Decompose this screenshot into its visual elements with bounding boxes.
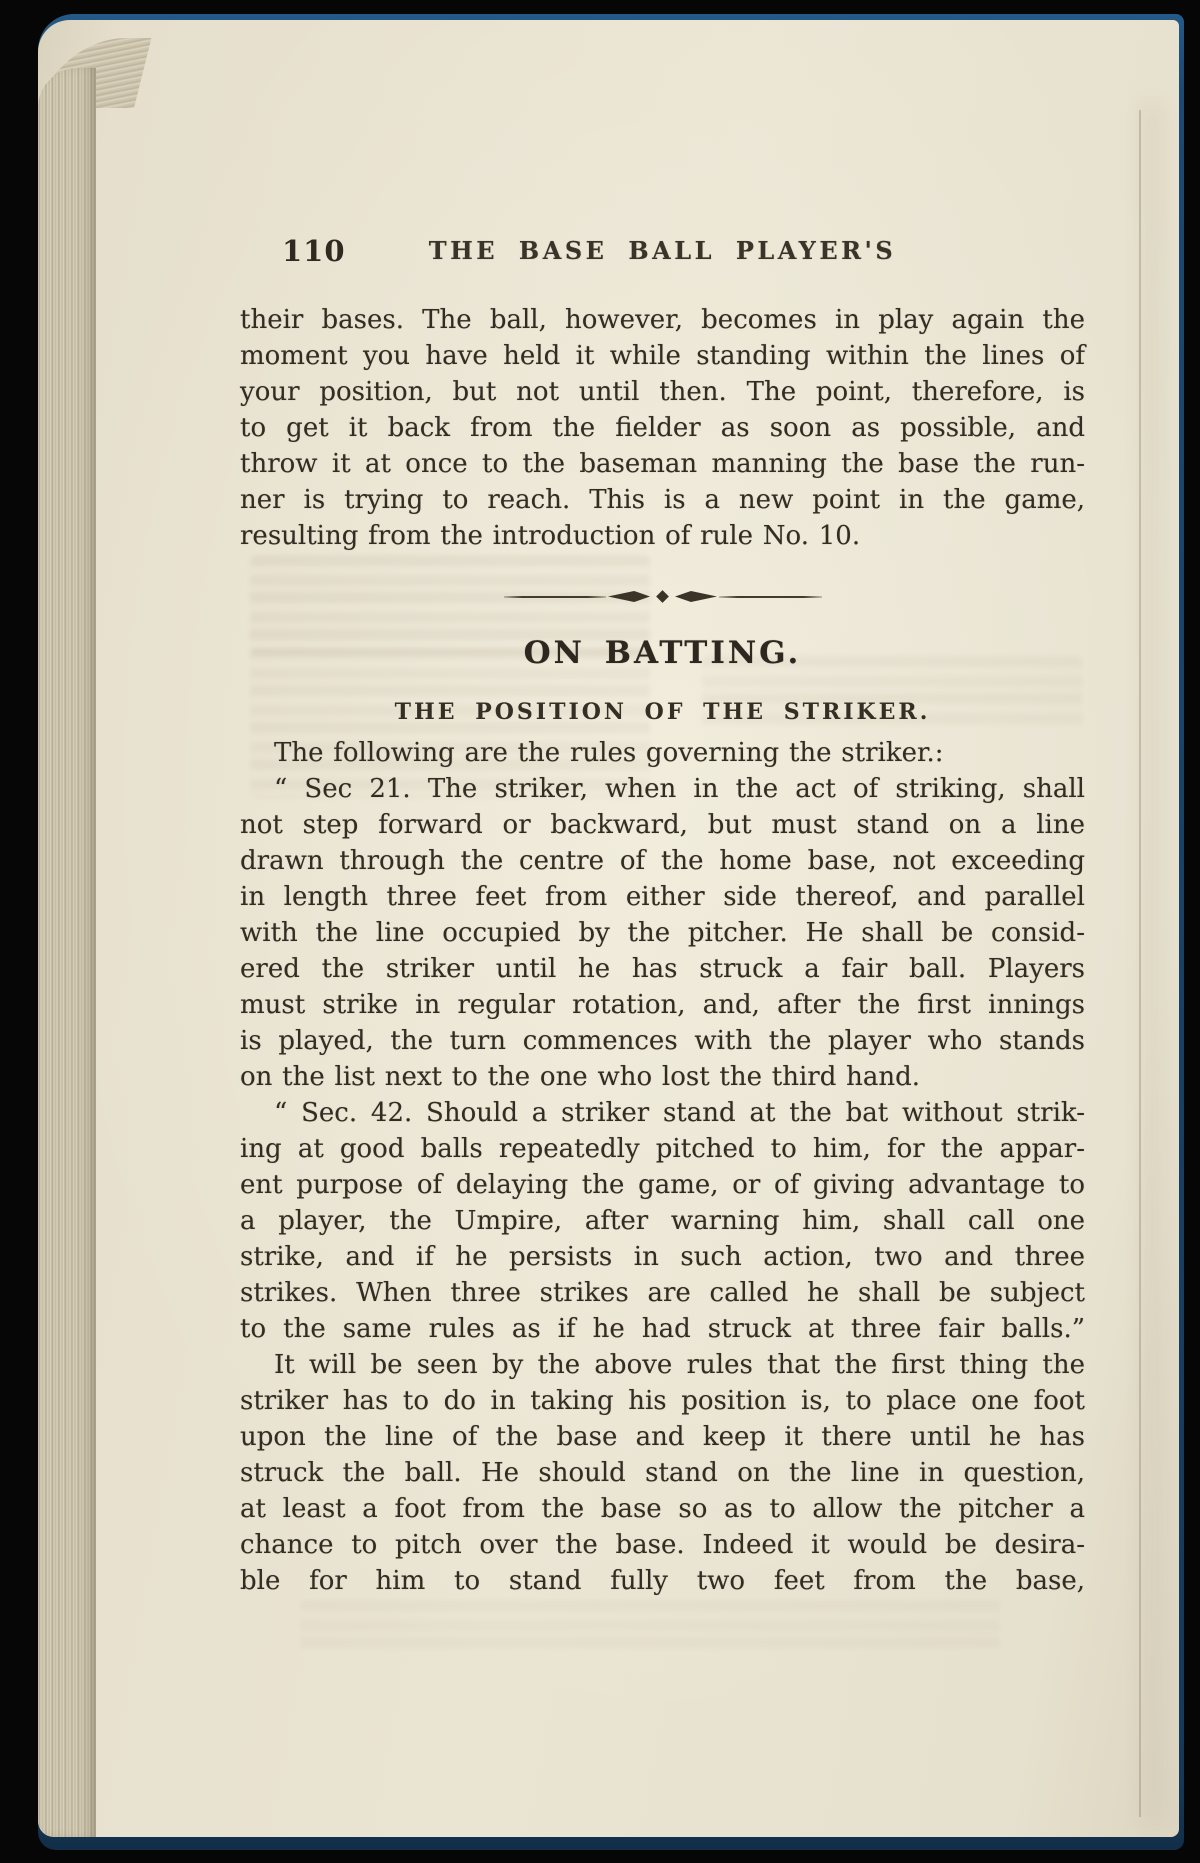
- text-line: not step forward or backward, but must s…: [240, 807, 1085, 843]
- running-title: THE BASE BALL PLAYER'S: [240, 236, 1085, 265]
- scanned-book-photo: 110 THE BASE BALL PLAYER'S their bases. …: [0, 0, 1200, 1863]
- body-paragraphs-container: The following are the rules governing th…: [240, 735, 1085, 1599]
- text-line: moment you have held it while standing w…: [240, 338, 1085, 374]
- text-line: strike, and if he persists in such actio…: [240, 1239, 1085, 1275]
- section-subheading: THE POSITION OF THE STRIKER.: [240, 699, 1085, 725]
- text-line: with the line occupied by the pitcher. H…: [240, 915, 1085, 951]
- diamond-leaf-icon: [675, 591, 717, 603]
- text-line: ing at good balls repeatedly pitched to …: [240, 1131, 1085, 1167]
- text-line: chance to pitch over the base. Indeed it…: [240, 1527, 1085, 1563]
- text-line: at least a foot from the base so as to a…: [240, 1491, 1085, 1527]
- text-line: your position, but not until then. The p…: [240, 374, 1085, 410]
- diamond-dot-icon: [656, 590, 669, 603]
- section-heading: ON BATTING.: [240, 635, 1085, 671]
- text-line: drawn through the centre of the home bas…: [240, 843, 1085, 879]
- text-line: in length three feet from either side th…: [240, 879, 1085, 915]
- text-line: a player, the Umpire, after warning him,…: [240, 1203, 1085, 1239]
- book-cover-edge: 110 THE BASE BALL PLAYER'S their bases. …: [38, 14, 1184, 1850]
- text-line: striker has to do in taking his position…: [240, 1383, 1085, 1419]
- text-line: strikes. When three strikes are called h…: [240, 1275, 1085, 1311]
- text-line: ent purpose of delaying the game, or of …: [240, 1167, 1085, 1203]
- text-line: to the same rules as if he had struck at…: [240, 1311, 1085, 1347]
- divider-rule-right: [719, 596, 822, 598]
- text-line: “ Sec. 42. Should a striker stand at the…: [240, 1095, 1085, 1131]
- paragraph: “ Sec. 42. Should a striker stand at the…: [240, 1095, 1085, 1347]
- paragraph: “ Sec 21. The striker, when in the act o…: [240, 771, 1085, 1095]
- text-line: ner is trying to reach. This is a new po…: [240, 482, 1085, 518]
- under-page-crease: [1139, 110, 1141, 1817]
- page-header: 110 THE BASE BALL PLAYER'S: [240, 234, 1085, 278]
- book-page: 110 THE BASE BALL PLAYER'S their bases. …: [38, 20, 1179, 1837]
- page-edge-stack: [38, 68, 96, 1837]
- text-line: ble for him to stand fully two feet from…: [240, 1563, 1085, 1599]
- paragraph: The following are the rules governing th…: [240, 735, 1085, 771]
- text-line: throw it at once to the baseman manning …: [240, 446, 1085, 482]
- intro-paragraph-container: their bases. The ball, however, becomes …: [240, 302, 1085, 554]
- paragraph: It will be seen by the above rules that …: [240, 1347, 1085, 1599]
- text-line: ered the striker until he has struck a f…: [240, 951, 1085, 987]
- text-line: their bases. The ball, however, becomes …: [240, 302, 1085, 338]
- text-line: “ Sec 21. The striker, when in the act o…: [240, 771, 1085, 807]
- diamond-leaf-icon: [608, 591, 650, 603]
- divider-rule-left: [504, 596, 607, 598]
- text-line: It will be seen by the above rules that …: [240, 1347, 1085, 1383]
- text-line: resulting from the introduction of rule …: [240, 518, 1085, 554]
- text-line: is played, the turn commences with the p…: [240, 1023, 1085, 1059]
- text-line: upon the line of the base and keep it th…: [240, 1419, 1085, 1455]
- text-line: struck the ball. He should stand on the …: [240, 1455, 1085, 1491]
- printed-text-block: 110 THE BASE BALL PLAYER'S their bases. …: [240, 234, 1085, 1599]
- paragraph: their bases. The ball, however, becomes …: [240, 302, 1085, 554]
- text-line: to get it back from the fielder as soon …: [240, 410, 1085, 446]
- text-line: on the list next to the one who lost the…: [240, 1059, 1085, 1095]
- showthrough-smudge: [300, 1600, 1000, 1652]
- text-line: The following are the rules governing th…: [240, 735, 1085, 771]
- divider-ornament-icon: [504, 590, 822, 603]
- text-line: must strike in regular rotation, and, af…: [240, 987, 1085, 1023]
